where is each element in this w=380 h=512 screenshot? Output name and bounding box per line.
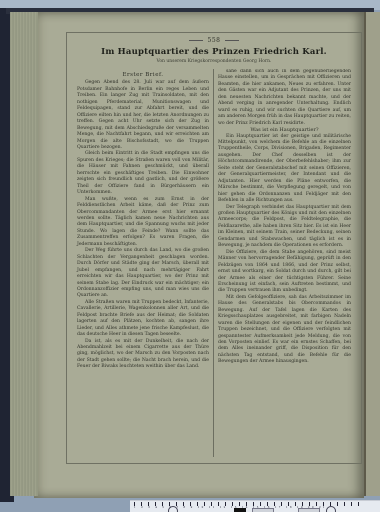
paragraph: Man wußte, wenn es zum Ernst in der Feld… <box>77 197 209 249</box>
page-edges-stack <box>10 12 38 496</box>
gray-color-patch <box>252 508 274 512</box>
scale-reference-bar: 1 2 3 4 5 6 7 8 9 10 11 12 13 14 15 16 1… <box>130 500 380 512</box>
paragraph: Mit dem Gefolgeoffiziere, sah das Arbeit… <box>218 295 351 366</box>
article-title: Im Hauptquartier des Prinzen Friedrich K… <box>67 47 361 57</box>
section-heading: Erster Brief. <box>77 72 209 78</box>
page-number: 558 <box>67 37 361 44</box>
paragraph: Ein Hauptquartier ist der geistige und m… <box>218 134 351 205</box>
paragraph: Gegen Abend des 28. Juli war auf dem äuß… <box>77 80 209 151</box>
text-columns: Erster Brief. Gegen Abend des 28. Juli w… <box>73 69 355 457</box>
page-text-frame: 558 Im Hauptquartier des Prinzen Friedri… <box>66 32 362 464</box>
left-column: Erster Brief. Gegen Abend des 28. Juli w… <box>73 69 214 457</box>
gray-color-patch <box>298 508 320 512</box>
paragraph: Der Weg führte uns durch das Land, wo di… <box>77 248 209 300</box>
article-byline: Von unserem Kriegskorrespondenten Georg … <box>67 59 361 64</box>
paragraph: Alle Straßen waren mit Truppen bedeckt, … <box>77 300 209 339</box>
registration-target-icon <box>326 506 336 512</box>
facing-page-edge <box>364 12 380 496</box>
paragraph: sahe dann sich auch in dem gegenüberlieg… <box>218 69 351 127</box>
black-color-patch <box>234 508 246 512</box>
paragraph: Gleich beim Eintritt in die Stadt empfin… <box>77 151 209 196</box>
paragraph: Der Telegraph verbindet das Hauptquartie… <box>218 205 351 250</box>
right-column: sahe dann sich auch in dem gegenüberlieg… <box>214 69 355 457</box>
registration-target-icon <box>168 506 178 512</box>
paragraph: Die Offiziere, die dem Stabe angehören, … <box>218 250 351 295</box>
paragraph: Da ist, als es mit der Dunkelheit, die n… <box>77 339 209 371</box>
